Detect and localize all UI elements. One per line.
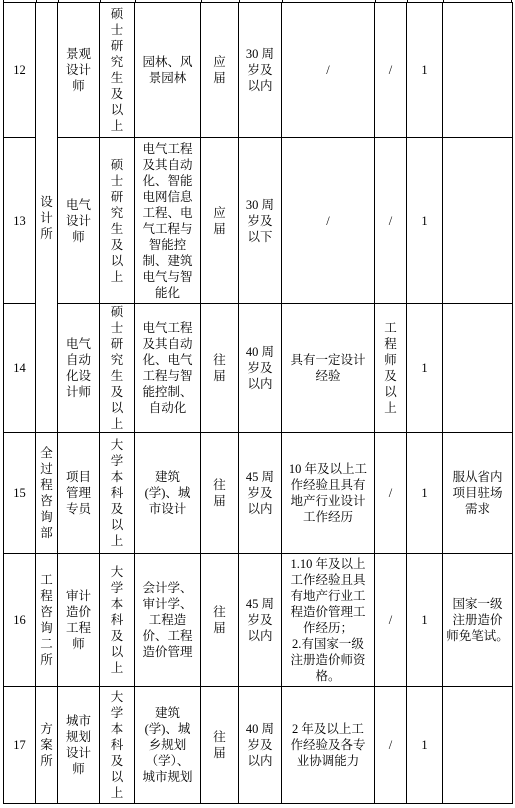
table-row-15: 15 全 过 程 咨 询 部 项目 管理 专员 大 学 本 科 及 以 上 建筑… xyxy=(4,433,513,554)
cell-major: 建筑 (学)、城 乡规划 （学）、 城市规划 xyxy=(135,687,201,804)
cell-graduate-type: 应 届 xyxy=(201,3,239,138)
table-row-13: 13 电气 设计 师 硕 士 研 究 生 及 以 上 电气工程 及其自动 化、智… xyxy=(4,138,513,304)
cell-experience: 具有一定设计 经验 xyxy=(282,304,375,433)
cell-department: 工 程 咨 询 二 所 xyxy=(36,554,58,687)
cell-headcount: 1 xyxy=(407,433,443,554)
cell-graduate-type: 往 届 xyxy=(201,554,239,687)
cell-education: 硕 士 研 究 生 及 以 上 xyxy=(100,304,135,433)
cell-experience: / xyxy=(282,3,375,138)
cell-headcount: 1 xyxy=(407,3,443,138)
cell-major: 建筑 (学)、城 市设计 xyxy=(135,433,201,554)
cell-title-requirement: / xyxy=(375,687,407,804)
cell-remarks xyxy=(443,3,513,138)
cell-serial-number: 16 xyxy=(4,554,36,687)
cell-major: 电气工程 及其自动 化、智能 电网信息 工程、电 气工程与 智能控 制、建筑 电… xyxy=(135,138,201,304)
cell-education: 硕 士 研 究 生 及 以 上 xyxy=(100,138,135,304)
cell-serial-number: 14 xyxy=(4,304,36,433)
cell-serial-number: 15 xyxy=(4,433,36,554)
cell-headcount: 1 xyxy=(407,687,443,804)
cell-major: 园林、风 景园林 xyxy=(135,3,201,138)
cell-headcount: 1 xyxy=(407,304,443,433)
cell-department: 设 计 所 xyxy=(36,3,58,433)
cell-serial-number: 12 xyxy=(4,3,36,138)
recruitment-table: 12 设 计 所 景观 设计 师 硕 士 研 究 生 及 以 上 园林、风 景园… xyxy=(3,2,513,804)
table-row-16: 16 工 程 咨 询 二 所 审计 造价 工程 师 大 学 本 科 及 以 上 … xyxy=(4,554,513,687)
document-page: 12 设 计 所 景观 设计 师 硕 士 研 究 生 及 以 上 园林、风 景园… xyxy=(0,0,515,808)
cell-graduate-type: 往 届 xyxy=(201,687,239,804)
table-row-14: 14 电气 自动 化设 计师 硕 士 研 究 生 及 以 上 电气工程 及其自动… xyxy=(4,304,513,433)
cell-remarks: 服从省内 项目驻场 需求 xyxy=(443,433,513,554)
table-row-12: 12 设 计 所 景观 设计 师 硕 士 研 究 生 及 以 上 园林、风 景园… xyxy=(4,3,513,138)
cell-age-limit: 30 周 岁及 以下 xyxy=(239,138,282,304)
cell-education: 硕 士 研 究 生 及 以 上 xyxy=(100,3,135,138)
cell-experience: 1.10 年及以上 工作经验且具 有地产行业工 程造价管理工 作经历； 2.有国… xyxy=(282,554,375,687)
cell-position: 景观 设计 师 xyxy=(58,3,100,138)
cell-remarks: 国家一级 注册造价 师免笔试。 xyxy=(443,554,513,687)
cell-position: 电气 自动 化设 计师 xyxy=(58,304,100,433)
cell-major: 会计学、 审计学、 工程造 价、工程 造价管理 xyxy=(135,554,201,687)
cell-remarks xyxy=(443,687,513,804)
cell-headcount: 1 xyxy=(407,554,443,687)
cell-serial-number: 17 xyxy=(4,687,36,804)
cell-department: 方 案 所 xyxy=(36,687,58,804)
cell-age-limit: 40 周 岁及 以内 xyxy=(239,304,282,433)
cell-title-requirement: / xyxy=(375,138,407,304)
cell-experience: / xyxy=(282,138,375,304)
table-row-17: 17 方 案 所 城市 规划 设计 师 大 学 本 科 及 以 上 建筑 (学)… xyxy=(4,687,513,804)
cell-serial-number: 13 xyxy=(4,138,36,304)
cell-age-limit: 45 周 岁及 以内 xyxy=(239,554,282,687)
cell-position: 项目 管理 专员 xyxy=(58,433,100,554)
cell-title-requirement: / xyxy=(375,433,407,554)
cell-remarks xyxy=(443,304,513,433)
cell-experience: 2 年及以上工 作经验及各专 业协调能力 xyxy=(282,687,375,804)
cell-graduate-type: 应 届 xyxy=(201,138,239,304)
cell-graduate-type: 往 届 xyxy=(201,433,239,554)
cell-remarks xyxy=(443,138,513,304)
cell-age-limit: 45 周 岁及 以内 xyxy=(239,433,282,554)
cell-experience: 10 年及以上工 作经验且具有 地产行业设计 工作经历 xyxy=(282,433,375,554)
cell-headcount: 1 xyxy=(407,138,443,304)
cell-education: 大 学 本 科 及 以 上 xyxy=(100,554,135,687)
cell-title-requirement: 工 程 师 及 以 上 xyxy=(375,304,407,433)
cell-position: 电气 设计 师 xyxy=(58,138,100,304)
cell-major: 电气工程 及其自动 化、电气 工程与智 能控制、 自动化 xyxy=(135,304,201,433)
cell-age-limit: 30 周 岁及 以内 xyxy=(239,3,282,138)
cell-position: 审计 造价 工程 师 xyxy=(58,554,100,687)
cell-title-requirement: / xyxy=(375,3,407,138)
cell-department: 全 过 程 咨 询 部 xyxy=(36,433,58,554)
cell-education: 大 学 本 科 及 以 上 xyxy=(100,433,135,554)
cell-title-requirement: / xyxy=(375,554,407,687)
cell-graduate-type: 往 届 xyxy=(201,304,239,433)
cell-position: 城市 规划 设计 师 xyxy=(58,687,100,804)
cell-education: 大 学 本 科 及 以 上 xyxy=(100,687,135,804)
cell-age-limit: 40 周 岁及 以内 xyxy=(239,687,282,804)
